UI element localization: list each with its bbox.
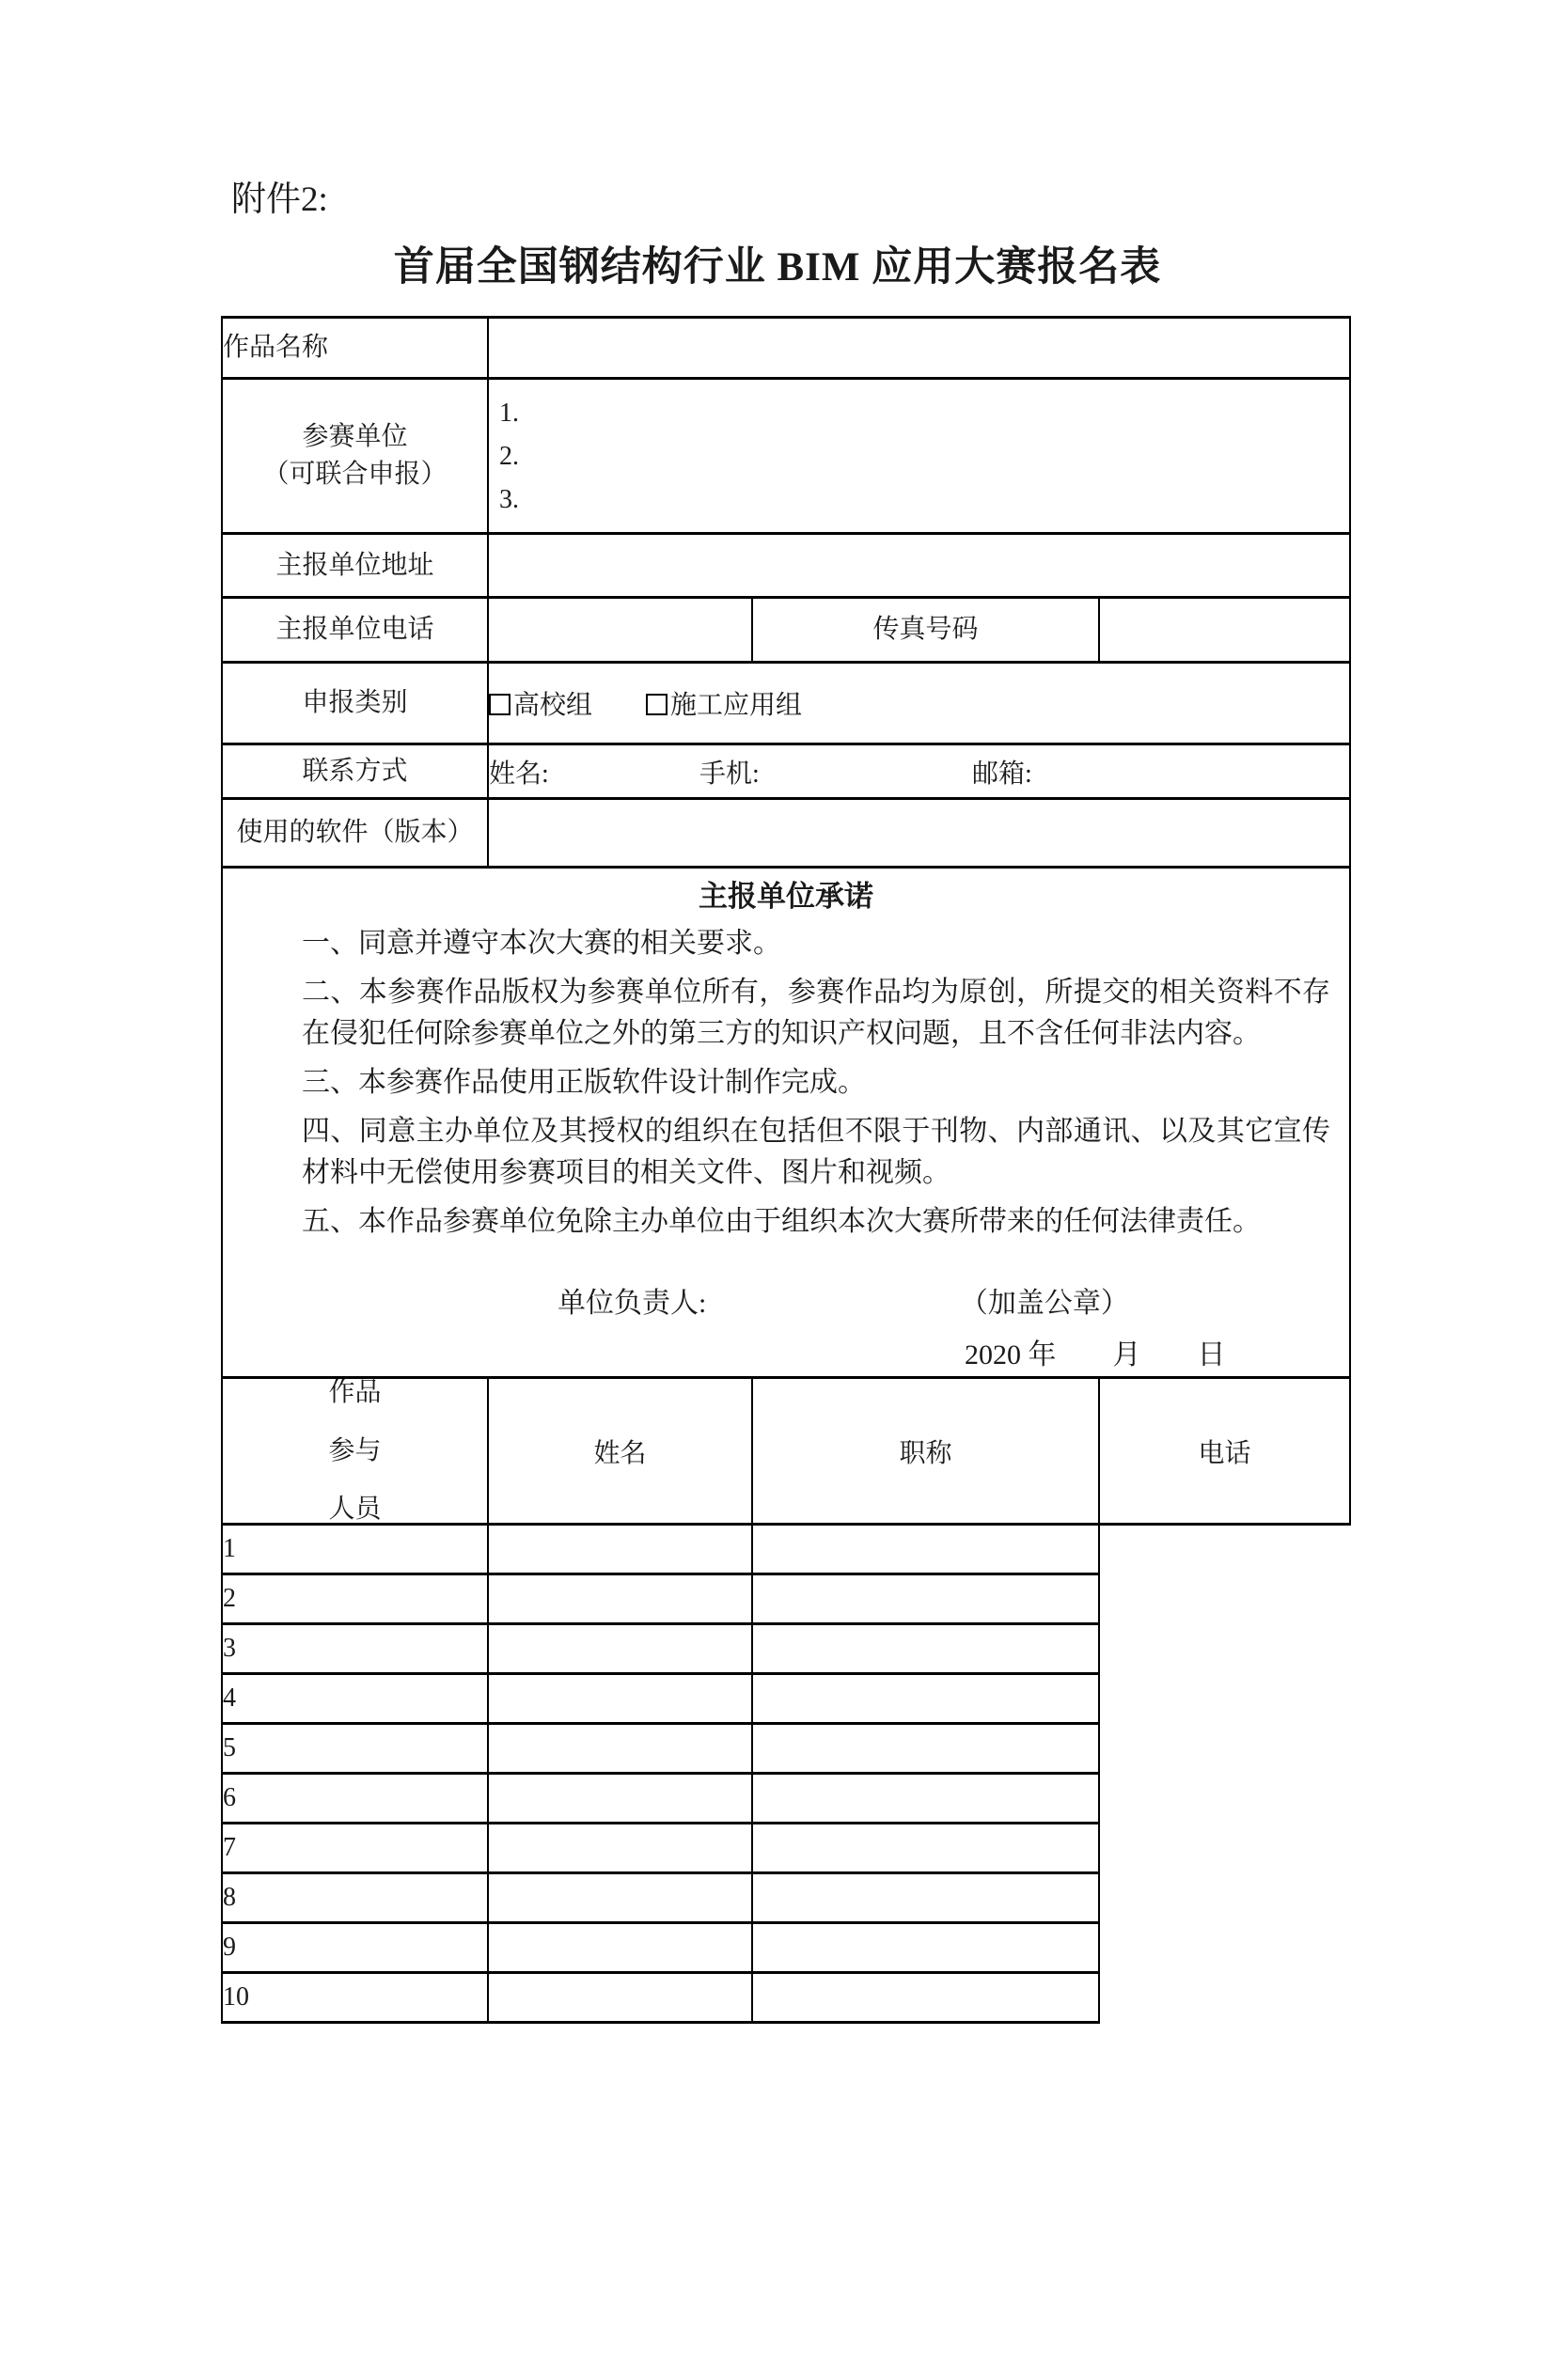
category-option-university[interactable]: 高校组	[489, 691, 592, 720]
date-line: 2020 年 月 日	[223, 1335, 1349, 1376]
participant-phone-cell[interactable]	[752, 1674, 1099, 1724]
contact-mobile-field[interactable]: 手机:	[699, 753, 966, 791]
participant-phone-cell[interactable]	[752, 1774, 1099, 1824]
row-category: 申报类别 高校组 施工应用组	[222, 663, 1350, 744]
commitment-cell: 主报单位承诺 一、同意并遵守本次大赛的相关要求。 二、本参赛作品版权为参赛单位所…	[222, 868, 1350, 1378]
row-software: 使用的软件（版本）	[222, 799, 1350, 868]
participant-phone-cell[interactable]	[752, 1873, 1099, 1923]
participants-label-line-2: 参与	[328, 1437, 381, 1464]
participant-name-cell[interactable]: 8	[222, 1873, 488, 1923]
participant-phone-cell[interactable]	[752, 1525, 1099, 1574]
participants-col-name: 姓名	[488, 1378, 752, 1525]
participant-name-cell[interactable]: 3	[222, 1624, 488, 1674]
category-option-university-label: 高校组	[513, 691, 592, 720]
participant-title-cell[interactable]	[488, 1824, 752, 1873]
participant-row: 4	[222, 1674, 1350, 1724]
unit-address-label: 主报单位地址	[222, 534, 488, 598]
participant-phone-cell[interactable]	[752, 1923, 1099, 1973]
participant-title-cell[interactable]	[488, 1674, 752, 1724]
unit-phone-label: 主报单位电话	[222, 598, 488, 663]
participating-unit-label-main: 参赛单位	[223, 418, 487, 456]
participants-col-phone: 电话	[1099, 1378, 1350, 1525]
participant-phone-cell[interactable]	[752, 1724, 1099, 1774]
participant-row: 6	[222, 1774, 1350, 1824]
participant-name-cell[interactable]: 7	[222, 1824, 488, 1873]
participant-title-cell[interactable]	[488, 1873, 752, 1923]
participant-title-cell[interactable]	[488, 1574, 752, 1624]
checkbox-icon[interactable]	[489, 694, 510, 715]
contact-email-field[interactable]: 邮箱:	[972, 759, 1032, 789]
participant-title-cell[interactable]	[488, 1525, 752, 1574]
participant-name-cell[interactable]: 5	[222, 1724, 488, 1774]
participant-row: 10	[222, 1973, 1350, 2023]
participant-row: 5	[222, 1724, 1350, 1774]
category-option-construction-label: 施工应用组	[670, 691, 802, 720]
participant-phone-cell[interactable]	[752, 1973, 1099, 2023]
unit-phone-value-cell[interactable]	[488, 598, 752, 663]
row-work-name: 作品名称	[222, 318, 1350, 379]
category-options-cell: 高校组 施工应用组	[488, 663, 1350, 744]
participant-phone-cell[interactable]	[752, 1624, 1099, 1674]
participant-phone-cell[interactable]	[752, 1824, 1099, 1873]
participant-row: 7	[222, 1824, 1350, 1873]
participant-phone-cell[interactable]	[752, 1574, 1099, 1624]
participant-name-cell[interactable]: 10	[222, 1973, 488, 2023]
participant-row: 9	[222, 1923, 1350, 1973]
participating-unit-label-sub: （可联合申报）	[223, 456, 487, 493]
seal-label: （加盖公章）	[960, 1288, 1129, 1319]
unit-item-3[interactable]: 3.	[499, 486, 1349, 513]
row-commitment: 主报单位承诺 一、同意并遵守本次大赛的相关要求。 二、本参赛作品版权为参赛单位所…	[222, 868, 1350, 1378]
commitment-paragraph-4: 四、同意主办单位及其授权的组织在包括但不限于刊物、内部通讯、以及其它宣传材料中无…	[302, 1111, 1330, 1194]
commitment-paragraph-2: 二、本参赛作品版权为参赛单位所有，参赛作品均为原创，所提交的相关资料不存在侵犯任…	[302, 972, 1330, 1055]
commitment-body: 一、同意并遵守本次大赛的相关要求。 二、本参赛作品版权为参赛单位所有，参赛作品均…	[302, 923, 1330, 1243]
commitment-title: 主报单位承诺	[223, 878, 1349, 916]
participant-name-cell[interactable]: 2	[222, 1574, 488, 1624]
work-name-value-cell[interactable]	[488, 318, 1350, 379]
participant-name-cell[interactable]: 9	[222, 1923, 488, 1973]
unit-address-value-cell[interactable]	[488, 534, 1350, 598]
participants-col-title: 职称	[752, 1378, 1099, 1525]
participant-title-cell[interactable]	[488, 1624, 752, 1674]
participants-label-line-3: 人员	[328, 1495, 381, 1523]
participant-title-cell[interactable]	[488, 1973, 752, 2023]
contact-fields-cell[interactable]: 姓名: 手机: 邮箱:	[488, 744, 1350, 799]
participant-row: 3	[222, 1624, 1350, 1674]
row-unit-phone: 主报单位电话 传真号码	[222, 598, 1350, 663]
contact-label: 联系方式	[222, 744, 488, 799]
participating-unit-value-cell[interactable]: 1. 2. 3.	[488, 379, 1350, 534]
participating-unit-label: 参赛单位 （可联合申报）	[222, 379, 488, 534]
participant-name-cell[interactable]: 4	[222, 1674, 488, 1724]
commitment-paragraph-3: 三、本参赛作品使用正版软件设计制作完成。	[302, 1062, 1330, 1104]
fax-value-cell[interactable]	[1099, 598, 1350, 663]
participants-rows: 12345678910	[222, 1525, 1350, 2023]
row-participating-unit: 参赛单位 （可联合申报） 1. 2. 3.	[222, 379, 1350, 534]
signature-line: 单位负责人: （加盖公章）	[223, 1283, 1349, 1324]
software-label: 使用的软件（版本）	[222, 799, 488, 868]
participant-title-cell[interactable]	[488, 1724, 752, 1774]
checkbox-icon[interactable]	[646, 694, 668, 715]
participant-title-cell[interactable]	[488, 1774, 752, 1824]
participants-header-row: 作品 参与 人员 姓名 职称 电话	[222, 1378, 1350, 1525]
signer-label: 单位负责人:	[558, 1288, 706, 1319]
row-unit-address: 主报单位地址	[222, 534, 1350, 598]
fax-label: 传真号码	[752, 598, 1099, 663]
category-label: 申报类别	[222, 663, 488, 744]
commitment-paragraph-5: 五、本作品参赛单位免除主办单位由于组织本次大赛所带来的任何法律责任。	[302, 1201, 1330, 1243]
category-option-construction[interactable]: 施工应用组	[646, 691, 802, 720]
contact-name-field[interactable]: 姓名:	[489, 753, 693, 791]
attachment-label: 附件2:	[0, 181, 1555, 219]
unit-item-1[interactable]: 1.	[499, 399, 1349, 427]
participant-row: 2	[222, 1574, 1350, 1624]
software-value-cell[interactable]	[488, 799, 1350, 868]
unit-item-2[interactable]: 2.	[499, 443, 1349, 470]
page-title: 首届全国钢结构行业 BIM 应用大赛报名表	[0, 246, 1555, 290]
participant-row: 8	[222, 1873, 1350, 1923]
participants-row-label: 作品 参与 人员	[222, 1378, 488, 1525]
participant-row: 1	[222, 1525, 1350, 1574]
participant-name-cell[interactable]: 6	[222, 1774, 488, 1824]
commitment-paragraph-1: 一、同意并遵守本次大赛的相关要求。	[302, 923, 1330, 964]
work-name-label: 作品名称	[222, 318, 488, 379]
participants-label-line-1: 作品	[328, 1379, 381, 1406]
participant-title-cell[interactable]	[488, 1923, 752, 1973]
registration-form-table: 作品名称 参赛单位 （可联合申报） 1. 2. 3. 主报单位地址 主报单位电话…	[221, 316, 1351, 2024]
participant-name-cell[interactable]: 1	[222, 1525, 488, 1574]
row-contact: 联系方式 姓名: 手机: 邮箱:	[222, 744, 1350, 799]
